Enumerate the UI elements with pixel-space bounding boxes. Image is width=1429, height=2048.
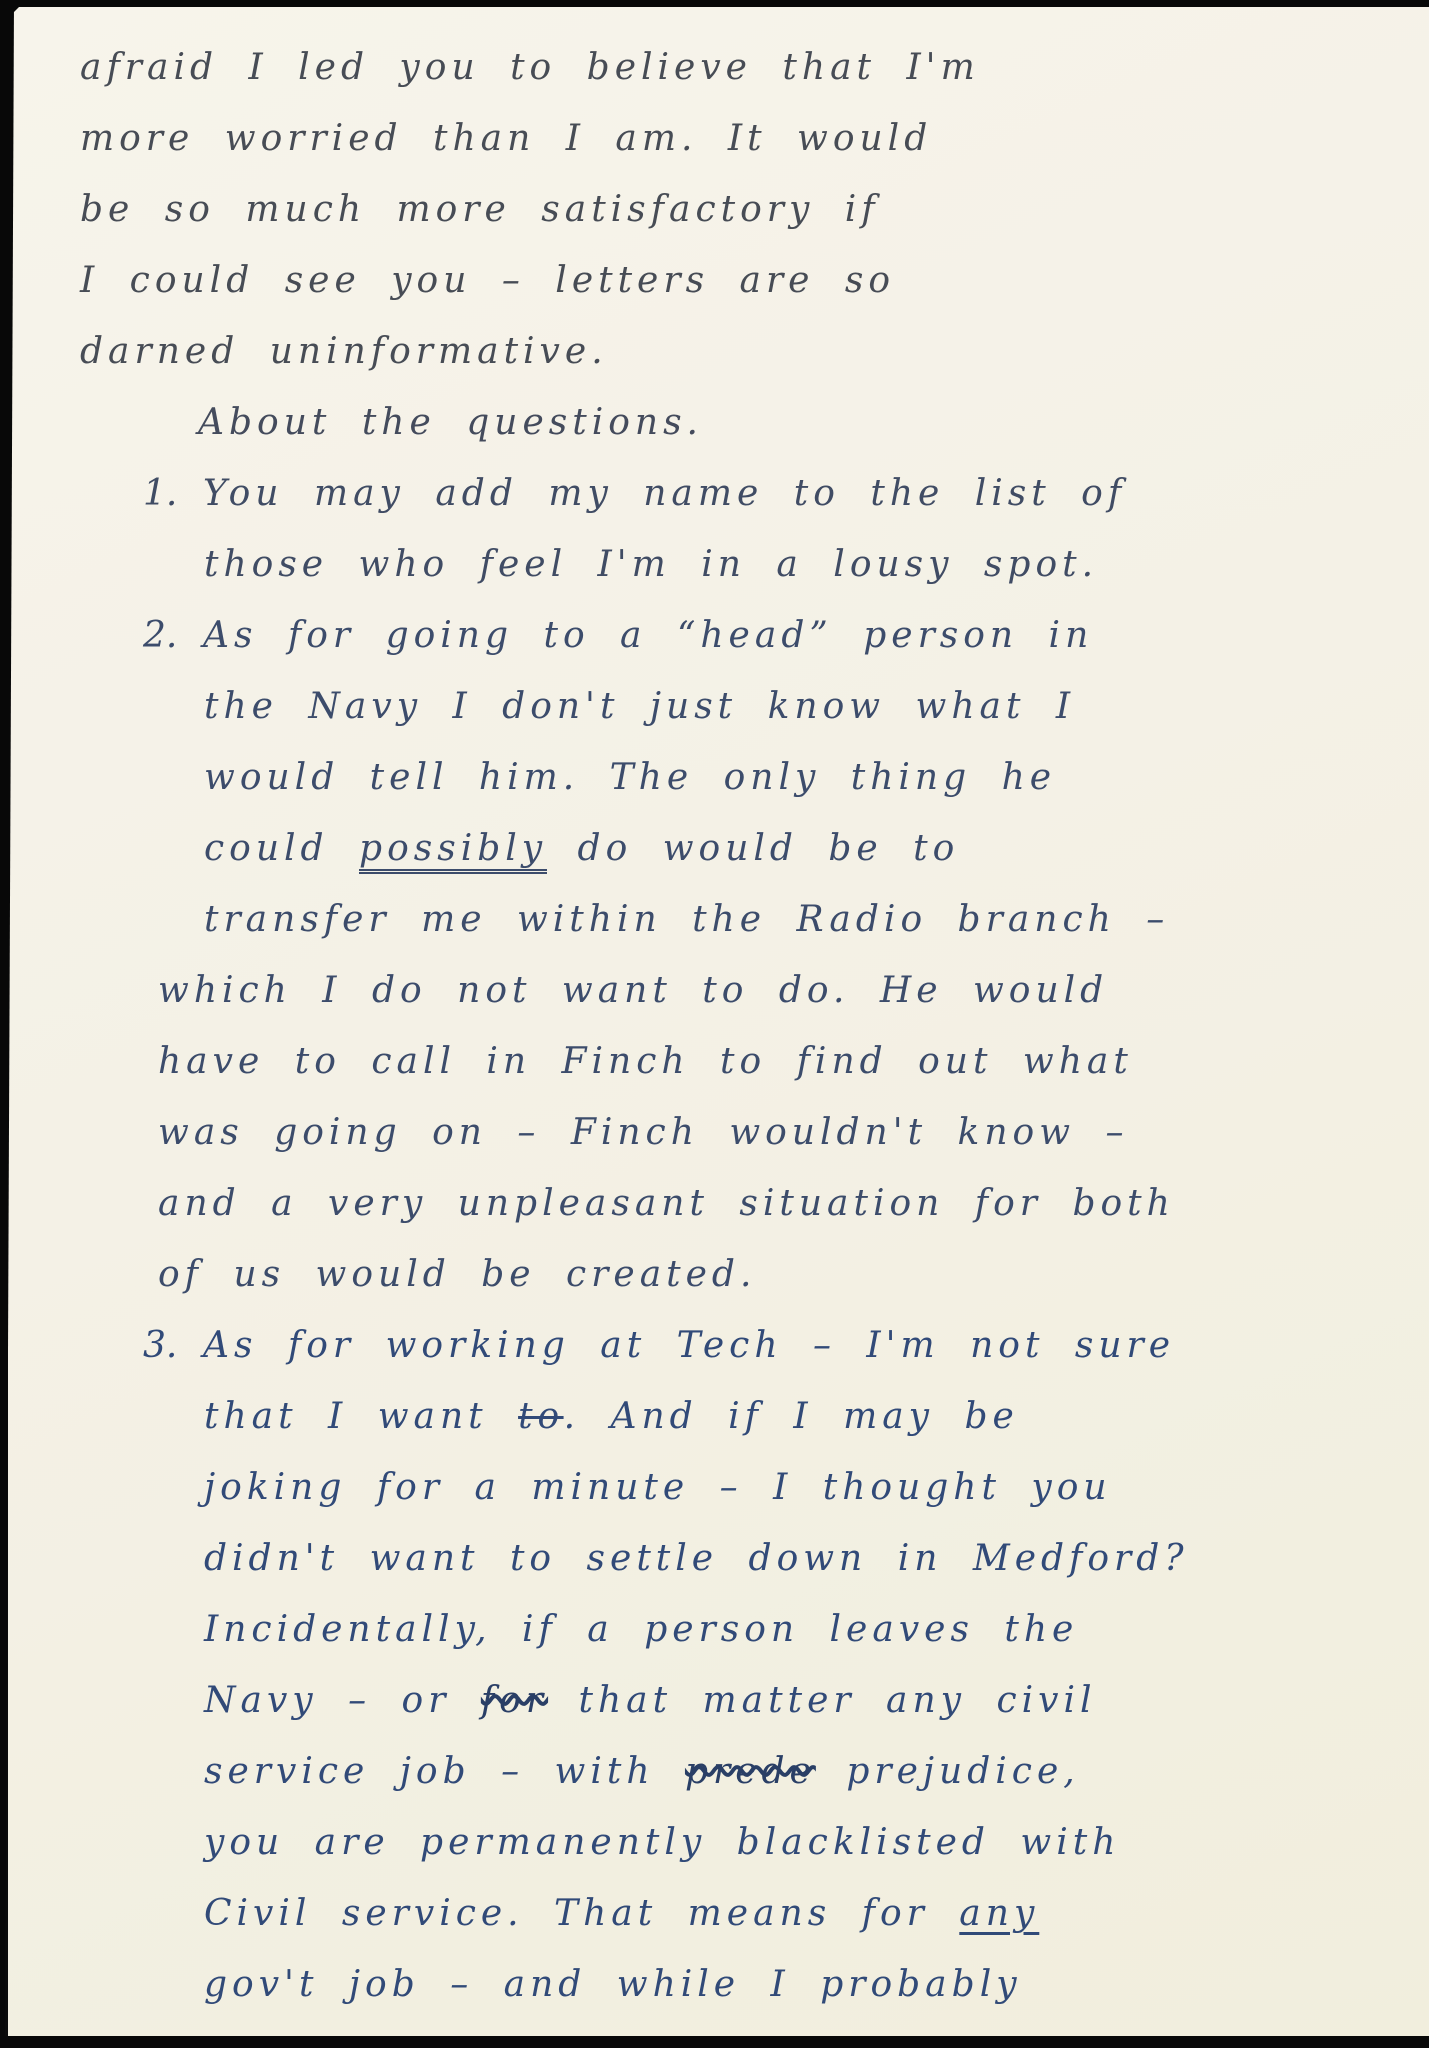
handwritten-text: have to call in Finch to find out what (158, 1041, 1133, 1082)
scan-edge-bottom (0, 2036, 1429, 2048)
handwritten-line: and a very unpleasant situation for both (8, 1168, 1429, 1239)
handwritten-text: do would be to (547, 828, 959, 869)
handwritten-text: those who feel I'm in a lousy spot. (204, 544, 1098, 585)
handwritten-word-underline: any (959, 1893, 1039, 1934)
handwritten-line: joking for a minute – I thought you (8, 1452, 1429, 1523)
handwritten-text: of us would be created. (158, 1254, 756, 1295)
handwritten-text: Civil service. That means for (204, 1893, 959, 1934)
handwritten-text: that matter any civil (548, 1680, 1096, 1721)
handwritten-text: would tell him. The only thing he (204, 757, 1056, 798)
handwritten-line: was going on – Finch wouldn't know – (8, 1097, 1429, 1168)
handwritten-text: transfer me within the Radio branch – (204, 899, 1169, 940)
handwritten-line: have to call in Finch to find out what (8, 1026, 1429, 1097)
handwritten-line: could possibly do would be to (8, 813, 1429, 884)
handwritten-word-scribble: for (481, 1680, 548, 1721)
scanned-letter: afraid I led you to believe that I'mmore… (0, 0, 1429, 2048)
handwritten-line: would tell him. The only thing he (8, 742, 1429, 813)
handwritten-word-strike: to (518, 1396, 564, 1437)
handwritten-line: transfer me within the Radio branch – (8, 884, 1429, 955)
handwritten-text: Incidentally, if a person leaves the (204, 1609, 1078, 1650)
handwritten-text: the Navy I don't just know what I (204, 686, 1075, 727)
handwritten-text: didn't want to settle down in Medford? (204, 1538, 1189, 1579)
handwritten-line: the Navy I don't just know what I (8, 671, 1429, 742)
list-number: 1. (143, 458, 203, 529)
handwritten-text: I could see you – letters are so (80, 260, 895, 301)
handwritten-text: About the questions. (198, 402, 703, 443)
letter-paragraph: About the questions. (8, 387, 1429, 458)
letter-paragraph: 3.As for working at Tech – I'm not suret… (8, 1310, 1429, 2020)
handwritten-line: About the questions. (8, 387, 1429, 458)
handwritten-line: those who feel I'm in a lousy spot. (8, 529, 1429, 600)
handwritten-line: Incidentally, if a person leaves the (8, 1594, 1429, 1665)
handwritten-line: of us would be created. (8, 1239, 1429, 1310)
handwritten-word-scribble: prede (685, 1751, 816, 1792)
handwritten-text: and a very unpleasant situation for both (158, 1183, 1175, 1224)
handwritten-text: be so much more satisfactory if (80, 189, 880, 230)
handwritten-line: you are permanently blacklisted with (8, 1807, 1429, 1878)
handwritten-text: You may add my name to the list of (203, 473, 1126, 514)
handwritten-text: you are permanently blacklisted with (204, 1822, 1120, 1863)
letter-paragraph: 1.You may add my name to the list ofthos… (8, 458, 1429, 600)
handwritten-line: darned uninformative. (8, 316, 1429, 387)
handwritten-text: afraid I led you to believe that I'm (80, 47, 980, 88)
letter-paragraph: afraid I led you to believe that I'mmore… (8, 32, 1429, 387)
handwritten-line: which I do not want to do. He would (8, 955, 1429, 1026)
handwritten-line: didn't want to settle down in Medford? (8, 1523, 1429, 1594)
list-number: 2. (143, 600, 203, 671)
handwritten-text: could (204, 828, 359, 869)
handwritten-line: 2.As for going to a “head” person in (8, 600, 1429, 671)
handwritten-line: Civil service. That means for any (8, 1878, 1429, 1949)
handwritten-text: prejudice, (816, 1751, 1080, 1792)
handwritten-line: I could see you – letters are so (8, 245, 1429, 316)
handwritten-line: Navy – or for that matter any civil (8, 1665, 1429, 1736)
scan-edge-top (0, 0, 1429, 7)
handwritten-text: . And if I may be (564, 1396, 1019, 1437)
handwritten-text: gov't job – and while I probably (204, 1964, 1022, 2005)
handwritten-text: service job – with (204, 1751, 685, 1792)
handwritten-text: more worried than I am. It would (80, 118, 932, 159)
handwritten-line: 3.As for working at Tech – I'm not sure (8, 1310, 1429, 1381)
handwritten-text: Navy – or (204, 1680, 481, 1721)
handwritten-text: darned uninformative. (80, 331, 608, 372)
handwritten-line: that I want to. And if I may be (8, 1381, 1429, 1452)
handwritten-line: service job – with prede prejudice, (8, 1736, 1429, 1807)
handwritten-line: more worried than I am. It would (8, 103, 1429, 174)
letter-page: afraid I led you to believe that I'mmore… (8, 6, 1429, 2037)
handwritten-line: 1.You may add my name to the list of (8, 458, 1429, 529)
handwritten-text: that I want (204, 1396, 518, 1437)
handwritten-line: afraid I led you to believe that I'm (8, 32, 1429, 103)
handwritten-text: was going on – Finch wouldn't know – (158, 1112, 1128, 1153)
handwritten-word-underline-double: possibly (359, 828, 547, 874)
list-number: 3. (143, 1310, 203, 1381)
handwritten-text: As for working at Tech – I'm not sure (203, 1325, 1175, 1366)
handwritten-line: gov't job – and while I probably (8, 1949, 1429, 2020)
handwritten-text: joking for a minute – I thought you (204, 1467, 1112, 1508)
handwritten-text: which I do not want to do. He would (158, 970, 1108, 1011)
handwritten-line: be so much more satisfactory if (8, 174, 1429, 245)
letter-paragraph: 2.As for going to a “head” person inthe … (8, 600, 1429, 1310)
handwritten-text: As for going to a “head” person in (203, 615, 1093, 656)
